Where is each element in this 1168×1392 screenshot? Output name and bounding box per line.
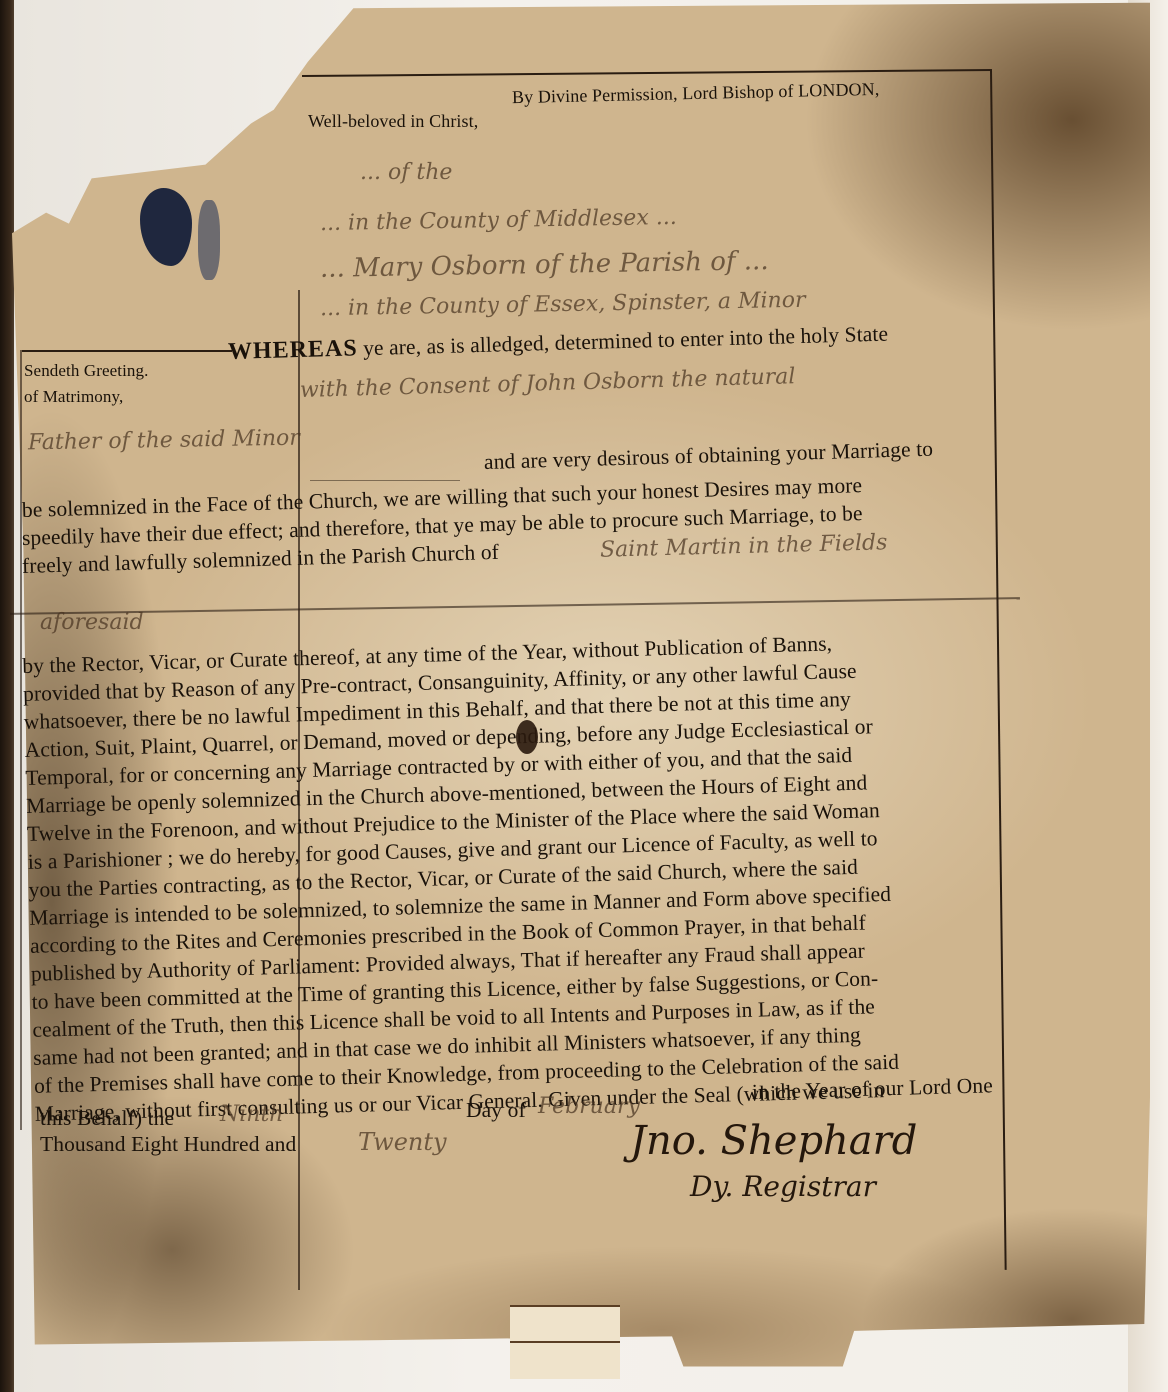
handwritten-consent-2: Father of the said Minor xyxy=(28,426,300,456)
signature-title: Dy. Registrar xyxy=(690,1170,876,1203)
date-day-of: Day of xyxy=(466,1100,526,1122)
signature-name: Jno. Shephard xyxy=(630,1118,917,1164)
date-behalf: this Behalf) the xyxy=(40,1108,174,1130)
paper-hole-damage xyxy=(516,720,538,754)
margin-matrimony: of Matrimony, xyxy=(24,388,123,405)
left-border-rule xyxy=(20,350,22,1130)
blank-line-rule xyxy=(310,480,460,481)
header-salutation: Well-beloved in Christ, xyxy=(308,112,478,130)
whereas-initial: WHEREAS xyxy=(228,335,358,365)
margin-greeting: Sendeth Greeting. xyxy=(24,362,148,379)
seal-tab xyxy=(510,1305,620,1379)
date-thousand: Thousand Eight Hundred and xyxy=(40,1134,296,1156)
margin-rule xyxy=(22,350,232,352)
handwritten-month: February xyxy=(538,1094,640,1119)
handwritten-aforesaid: aforesaid xyxy=(40,610,144,635)
handwritten-year: Twenty xyxy=(358,1128,447,1156)
handwritten-day: Ninth xyxy=(220,1102,283,1127)
ink-stain-decoration xyxy=(198,200,220,280)
handwritten-line-1: ... of the xyxy=(360,160,452,185)
